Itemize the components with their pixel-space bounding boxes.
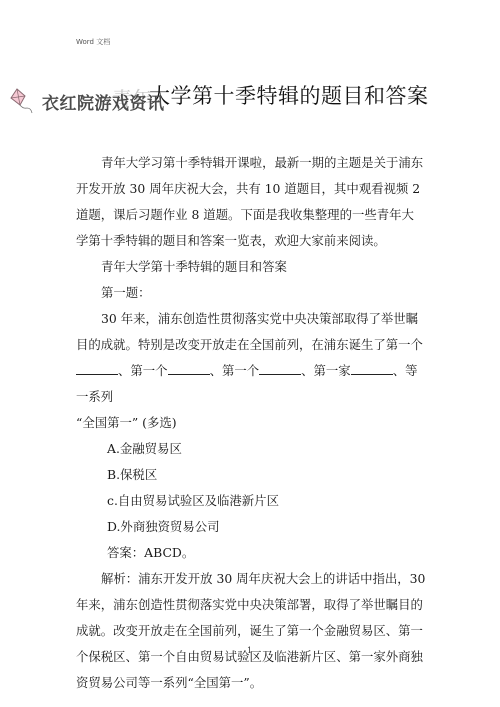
document-type-label: Word 文档	[76, 37, 110, 47]
watermark-text: 衣红院游戏资讯	[42, 89, 165, 114]
answer-blank	[168, 362, 210, 375]
option-b: B.保税区	[76, 462, 426, 488]
option-c: c.自由贸易试验区及临港新片区	[76, 488, 426, 514]
answer-blank	[76, 362, 118, 375]
page-number: 1	[247, 646, 252, 655]
answer-blank	[259, 362, 301, 375]
watermark: 衣红院游戏资讯	[8, 86, 165, 116]
title-main-text: 大学第十季特辑的题目和答案	[149, 80, 429, 110]
answer-line: 答案：ABCD。	[76, 540, 426, 566]
document-body: 青年大学习第十季特辑开课啦，最新一期的主题是关于浦东开发开放 30 周年庆祝大会…	[76, 150, 426, 696]
intro-paragraph: 青年大学习第十季特辑开课啦，最新一期的主题是关于浦东开发开放 30 周年庆祝大会…	[76, 150, 426, 254]
option-d: D.外商独资贸易公司	[76, 514, 426, 540]
answer-blank	[351, 362, 393, 375]
analysis-paragraph: 解析：浦东开发开放 30 周年庆祝大会上的讲话中指出，30 年来，浦东创造性贯彻…	[76, 566, 426, 696]
blanks-line: 、第一个、第一个、第一家、等一系列	[76, 358, 426, 410]
question-text: 30 年来，浦东创造性贯彻落实党中央决策部取得了举世瞩目的成就。特别是改变开放走…	[76, 306, 426, 358]
question-tail: “全国第一” (多选)	[76, 410, 426, 436]
kite-icon	[8, 87, 34, 115]
section-subtitle: 青年大学第十季特辑的题目和答案	[76, 254, 426, 280]
option-a: A.金融贸易区	[76, 436, 426, 462]
question-label: 第一题：	[76, 280, 426, 306]
